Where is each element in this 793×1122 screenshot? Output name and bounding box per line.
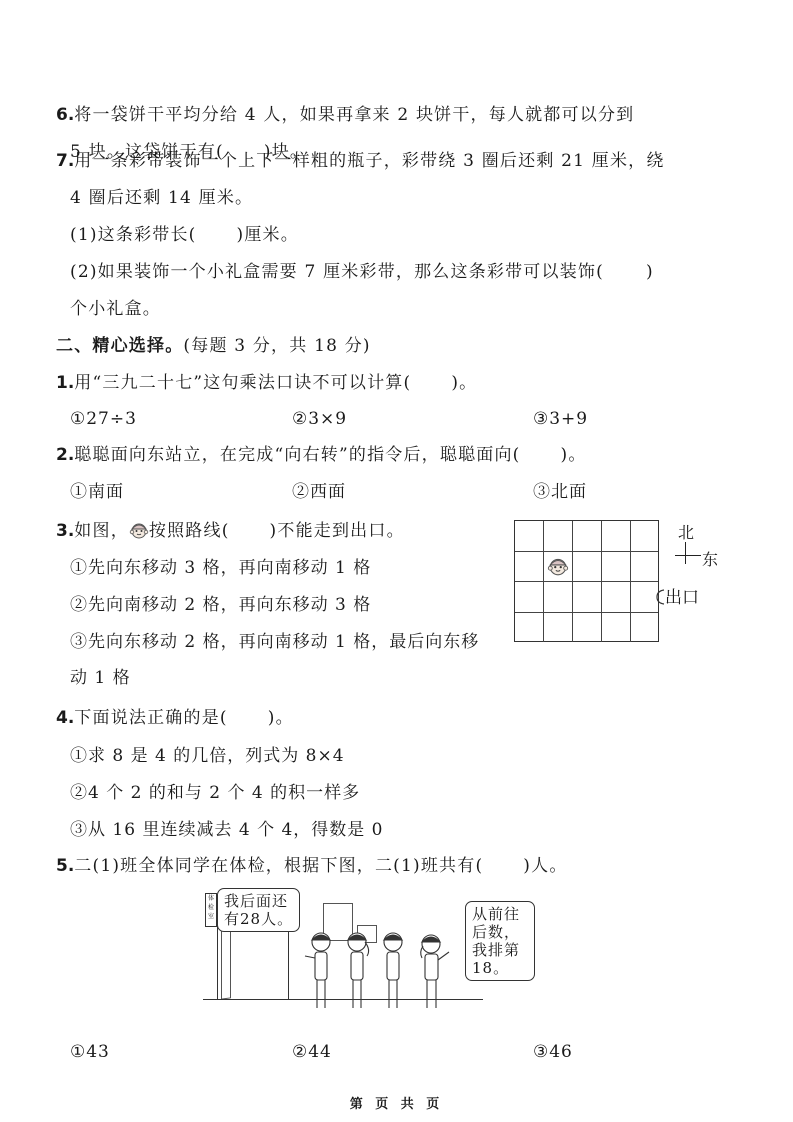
map-grid	[514, 520, 659, 642]
compass-north-arrow-icon	[685, 542, 686, 564]
option-1[interactable]: ①求 8 是 4 的几倍，列式为 8×4	[70, 745, 345, 767]
option-2[interactable]: ②先向南移动 2 格，再向东移动 3 格	[70, 594, 371, 616]
option-1[interactable]: ①先向东移动 3 格，再向南移动 1 格	[70, 557, 371, 579]
compass: 北 东	[670, 520, 730, 580]
question-number: 4.	[56, 708, 74, 728]
question-7-sub-2: (2)如果装饰一个小礼盒需要 7 厘米彩带，那么这条彩带可以装饰()	[70, 261, 654, 283]
grid-cell	[515, 613, 544, 642]
question-text: 用一条彩带装饰一个上下一样粗的瓶子，彩带绕 3 圈后还剩 21 厘米，绕	[74, 151, 664, 171]
grid-cell	[631, 582, 658, 613]
question-text: 聪聪面向东站立，在完成“向右转”的指令后，聪聪面向(	[74, 445, 520, 465]
grid-cell	[573, 552, 602, 583]
option-3[interactable]: ③46	[533, 1041, 573, 1063]
question-number: 7.	[56, 151, 74, 171]
question-6-line-1: 6.将一袋饼干平均分给 4 人，如果再拿来 2 块饼干，每人就都可以分到	[56, 104, 634, 126]
question-text: 将一袋饼干平均分给 4 人，如果再拿来 2 块饼干，每人就都可以分到	[74, 105, 634, 125]
question-text: )厘米。	[237, 225, 299, 245]
grid-cell	[515, 521, 544, 552]
choice-question-1: 1.用“三九二十七”这句乘法口诀不可以计算()。	[56, 372, 477, 394]
open-door	[221, 924, 231, 999]
question-text: 二(1)班全体同学在体检，根据下图，二(1)班共有(	[74, 856, 483, 876]
choice-question-4: 4.下面说法正确的是()。	[56, 707, 294, 729]
option-1[interactable]: ①27÷3	[70, 408, 137, 430]
question-text: 按照路线(	[149, 521, 230, 541]
section-note: (每题 3 分，共 18 分)	[183, 336, 370, 356]
grid-cell	[544, 521, 573, 552]
monkey-icon	[129, 520, 149, 540]
question-7-sub-2-line-2: 个小礼盒。	[70, 298, 161, 320]
grid-cell	[602, 613, 631, 642]
page-footer: 第 页 共 页	[0, 1093, 793, 1112]
option-2[interactable]: ②3×9	[292, 408, 347, 430]
grid-cell	[515, 552, 544, 583]
option-3[interactable]: ③北面	[533, 481, 587, 503]
question-text: )不能走到出口。	[270, 521, 405, 541]
question-7-line-2: 4 圈后还剩 14 厘米。	[70, 187, 253, 209]
bubble-text: 我排第18。	[472, 941, 528, 977]
question-number: 5.	[56, 856, 74, 876]
choice-question-3: 3.如图， 按照路线()不能走到出口。	[56, 520, 405, 542]
grid-cell	[515, 582, 544, 613]
compass-east-arrow-icon	[675, 555, 701, 556]
question-7-sub-1: (1)这条彩带长()厘米。	[70, 224, 299, 246]
speech-bubble-left: 我后面还 有28人。	[217, 888, 300, 932]
grid-cell	[602, 582, 631, 613]
option-1[interactable]: ①南面	[70, 481, 124, 503]
exit-door-icon	[655, 589, 665, 605]
option-1[interactable]: ①43	[70, 1041, 110, 1063]
grid-cell	[573, 582, 602, 613]
question-text: 个小礼盒。	[70, 299, 161, 319]
question-text: )。	[451, 373, 477, 393]
question-7-first-line: 7.用一条彩带装饰一个上下一样粗的瓶子，彩带绕 3 圈后还剩 21 厘米，绕	[56, 150, 665, 172]
grid-cell	[573, 521, 602, 552]
question-text: 下面说法正确的是(	[74, 708, 227, 728]
compass-east-label: 东	[702, 547, 718, 570]
question-number: 2.	[56, 445, 74, 465]
grid-cell	[631, 521, 658, 552]
question-text: )。	[268, 708, 294, 728]
speech-bubble-right: 从前往后数， 我排第18。	[465, 901, 535, 981]
grid-cell	[602, 552, 631, 583]
exam-room-sign: 体检室	[205, 893, 217, 927]
question-text: )	[646, 262, 654, 282]
grid-cell	[573, 613, 602, 642]
option-3-continued: 动 1 格	[70, 667, 131, 689]
question-text: (1)这条彩带长(	[70, 225, 197, 245]
question-number: 1.	[56, 373, 74, 393]
choice-question-5: 5.二(1)班全体同学在体检，根据下图，二(1)班共有()人。	[56, 855, 568, 877]
section-title: 二、精心选择。	[56, 336, 183, 356]
monkey-icon	[547, 555, 569, 577]
grid-cell	[544, 582, 573, 613]
option-2[interactable]: ②4 个 2 的和与 2 个 4 的积一样多	[70, 782, 360, 804]
question-text: )人。	[523, 856, 567, 876]
question-text: (2)如果装饰一个小礼盒需要 7 厘米彩带，那么这条彩带可以装饰(	[70, 262, 604, 282]
bubble-text: 有28人。	[224, 910, 293, 928]
question-text: 4 圈后还剩 14 厘米。	[70, 188, 253, 208]
choice-question-2: 2.聪聪面向东站立，在完成“向右转”的指令后，聪聪面向()。	[56, 444, 587, 466]
question-text: 如图，	[74, 521, 129, 541]
bubble-text: 从前往后数，	[472, 905, 528, 941]
question-number: 3.	[56, 521, 74, 541]
children-in-line-icon	[295, 930, 465, 1020]
grid-cell	[544, 613, 573, 642]
grid-cell	[631, 552, 658, 583]
question-number: 6.	[56, 105, 74, 125]
question-text: )。	[561, 445, 587, 465]
option-3[interactable]: ③3+9	[533, 408, 588, 430]
option-3[interactable]: ③从 16 里连续减去 4 个 4，得数是 0	[70, 819, 384, 841]
grid-cell	[602, 521, 631, 552]
exit-label: 出口	[665, 588, 699, 608]
queue-illustration: 体检室 我后面还 有28人。 从前往后数， 我排第18。	[195, 885, 535, 1015]
option-3[interactable]: ③先向东移动 2 格，再向南移动 1 格，最后向东移	[70, 631, 479, 653]
grid-cell	[631, 613, 658, 642]
section-2-heading: 二、精心选择。(每题 3 分，共 18 分)	[56, 335, 371, 357]
compass-north-label: 北	[678, 520, 694, 543]
option-2[interactable]: ②西面	[292, 481, 346, 503]
exit-marker: 出口	[655, 583, 699, 608]
question-text: 用“三九二十七”这句乘法口诀不可以计算(	[74, 373, 411, 393]
option-2[interactable]: ②44	[292, 1041, 332, 1063]
bubble-text: 我后面还	[224, 892, 293, 910]
